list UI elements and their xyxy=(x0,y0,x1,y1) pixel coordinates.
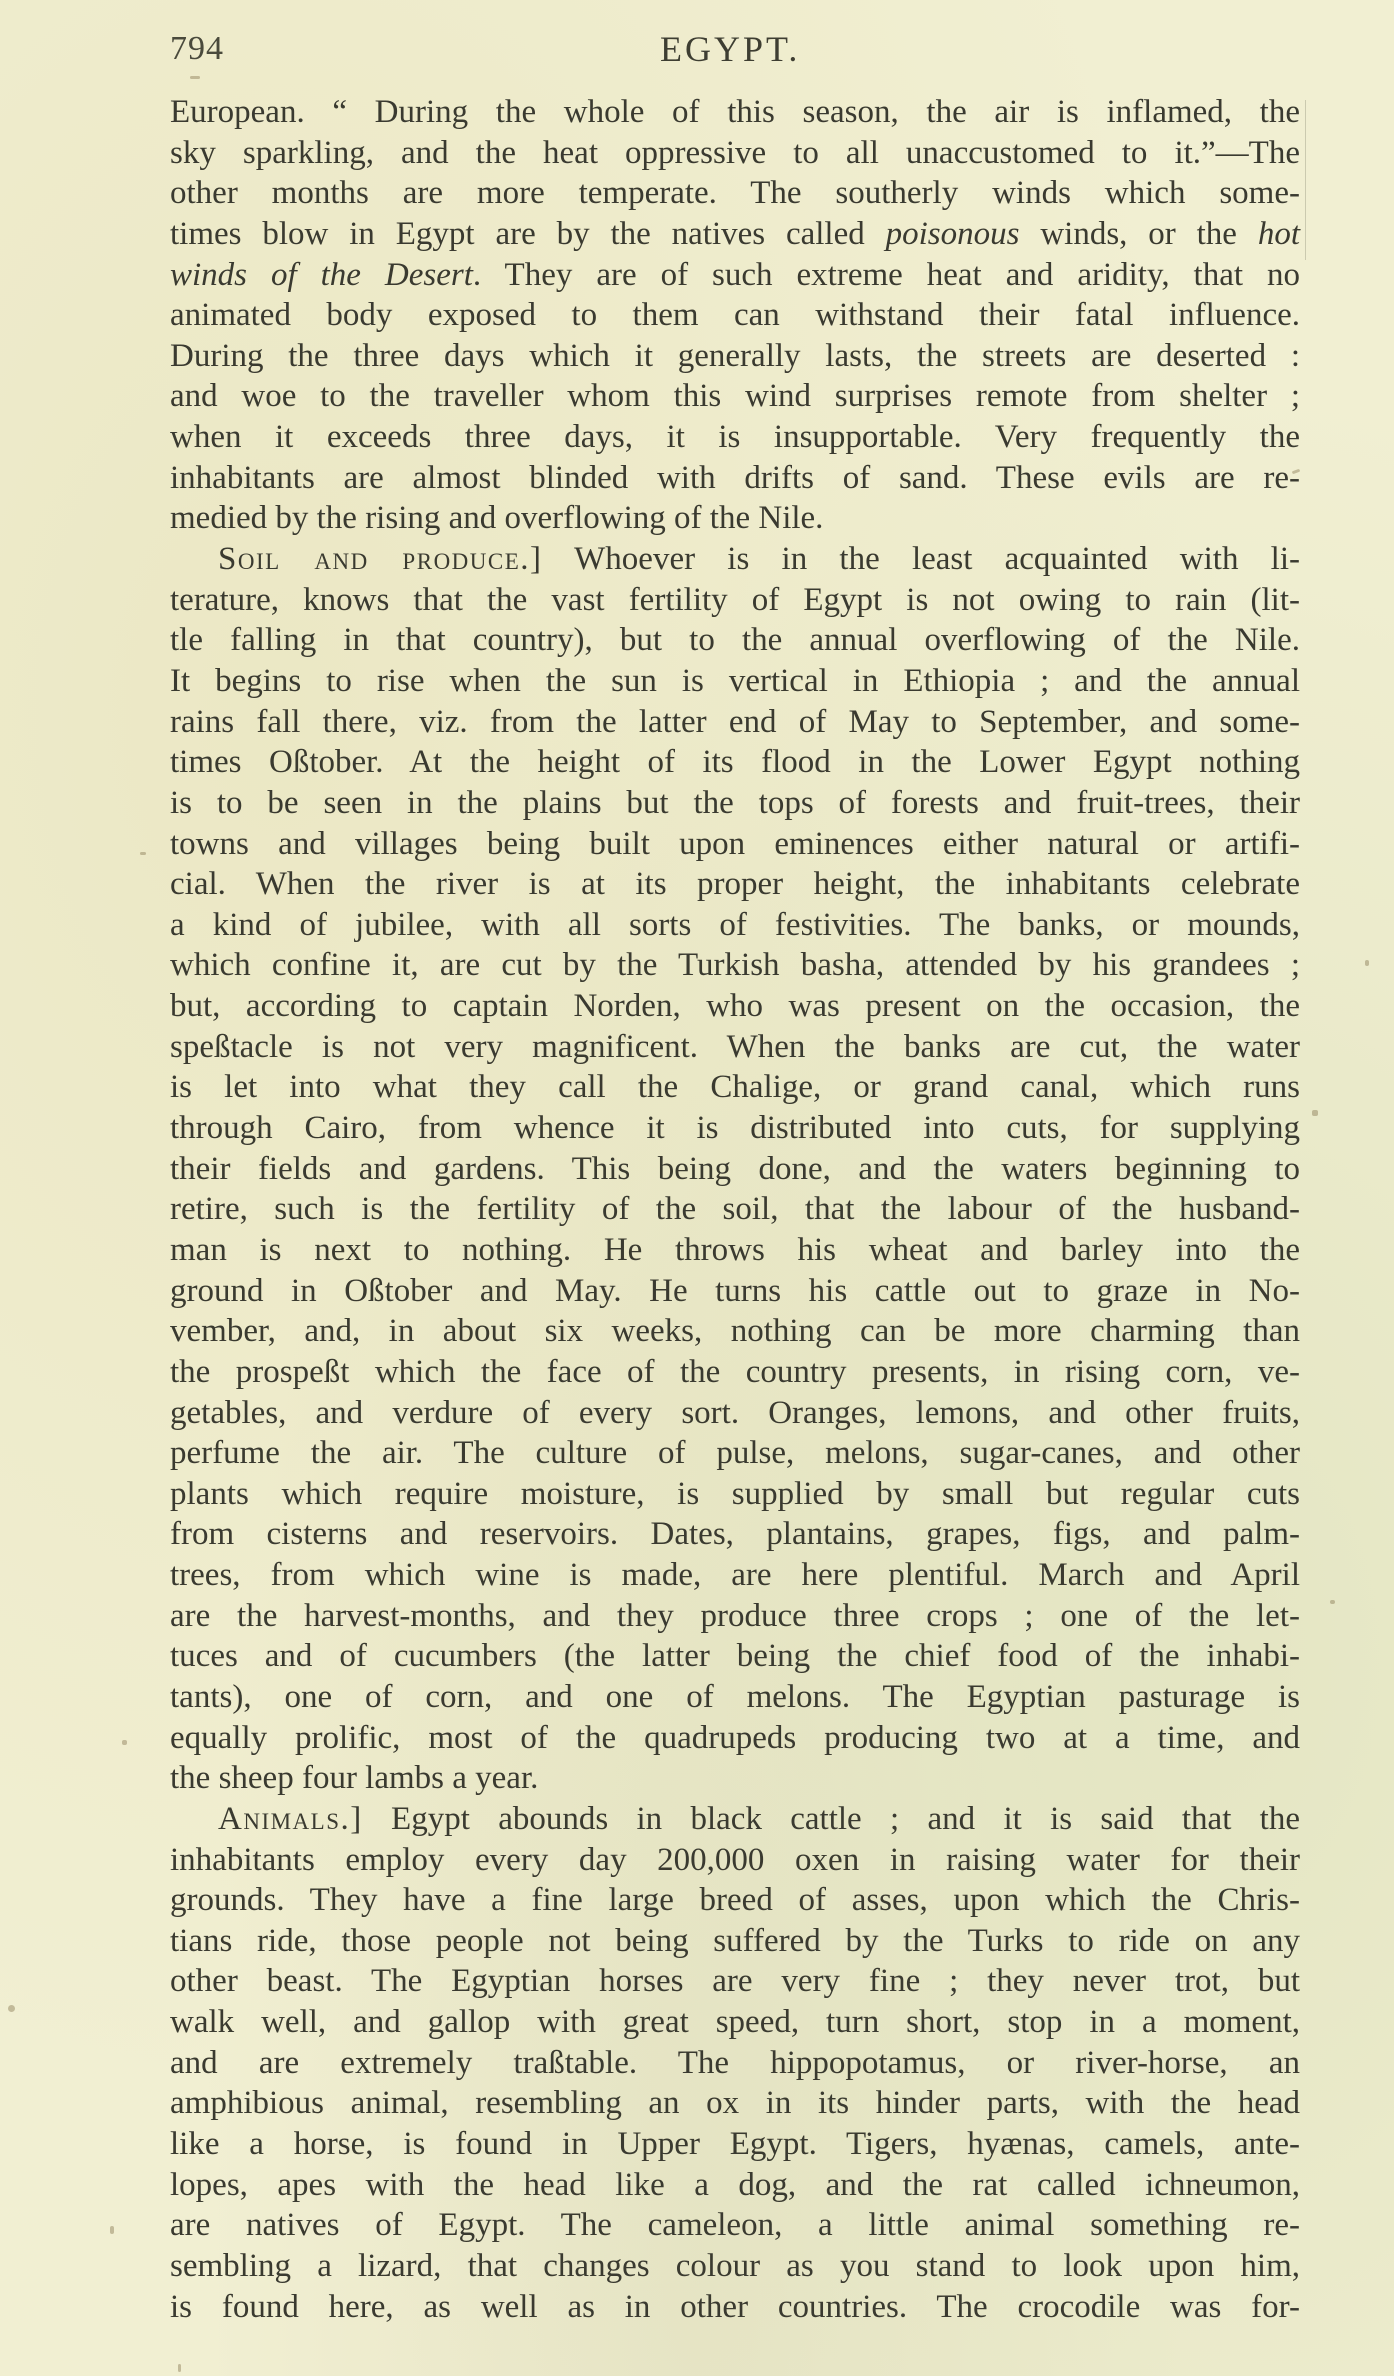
text-line: inhabitants employ every day 200,000 oxe… xyxy=(170,1840,1300,1881)
paper-speck xyxy=(1330,1600,1335,1604)
line-text: lopes, apes with the head like a dog, an… xyxy=(170,2167,1300,2203)
line-text: is found here, as well as in other count… xyxy=(170,2289,1300,2325)
text-line: their fields and gardens. This being don… xyxy=(170,1149,1300,1190)
line-text: getables, and verdure of every sort. Ora… xyxy=(170,1395,1300,1431)
line-text: are the harvest-months, and they produce… xyxy=(170,1598,1300,1634)
text-line: plants which require moisture, is suppli… xyxy=(170,1474,1300,1515)
section-heading-line: Animals.] Egypt abounds in black cattle … xyxy=(170,1799,1300,1840)
line-text: Whoever is in the least acquainted with … xyxy=(543,541,1300,577)
text-line: towns and villages being built upon emin… xyxy=(170,824,1300,865)
line-text: European. “ During the whole of this sea… xyxy=(170,94,1300,130)
page-number: 794 xyxy=(170,30,224,68)
line-text: and woe to the traveller whom this wind … xyxy=(170,378,1300,414)
line-text: trees, from which wine is made, are here… xyxy=(170,1557,1300,1593)
line-text: Egypt abounds in black cattle ; and it i… xyxy=(363,1801,1300,1837)
text-line: is found here, as well as in other count… xyxy=(170,2287,1300,2328)
line-text: . They are of such extreme heat and arid… xyxy=(473,257,1300,293)
text-line: times Oßtober. At the height of its floo… xyxy=(170,742,1300,783)
line-text: During the three days which it generally… xyxy=(170,338,1300,374)
text-line: when it exceeds three days, it is insupp… xyxy=(170,417,1300,458)
line-text: is let into what they call the Chalige, … xyxy=(170,1069,1300,1105)
text-line: tians ride, those people not being suffe… xyxy=(170,1921,1300,1962)
line-text: towns and villages being built upon emin… xyxy=(170,826,1300,862)
body-text: European. “ During the whole of this sea… xyxy=(170,92,1300,2327)
text-line: vember, and, in about six weeks, nothing… xyxy=(170,1311,1300,1352)
paper-speck xyxy=(110,2226,114,2234)
line-text: is to be seen in the plains but the tops… xyxy=(170,785,1300,821)
line-text: tle falling in that country), but to the… xyxy=(170,622,1300,658)
text-line: speßtacle is not very magnificent. When … xyxy=(170,1027,1300,1068)
italic-text: poisonous xyxy=(886,216,1020,252)
line-text: tians ride, those people not being suffe… xyxy=(170,1923,1300,1959)
line-text: ground in Oßtober and May. He turns his … xyxy=(170,1273,1300,1309)
line-text: retire, such is the fertility of the soi… xyxy=(170,1191,1300,1227)
line-text: speßtacle is not very magnificent. When … xyxy=(170,1029,1300,1065)
line-text: the sheep four lambs a year. xyxy=(170,1760,538,1796)
line-text: the prospeßt which the face of the count… xyxy=(170,1354,1300,1390)
text-line: other beast. The Egyptian horses are ver… xyxy=(170,1961,1300,2002)
text-line: medied by the rising and overflowing of … xyxy=(170,498,1300,539)
italic-text: winds of the Desert xyxy=(170,257,473,293)
line-text: which confine it, are cut by the Turkish… xyxy=(170,947,1300,983)
text-line: is to be seen in the plains but the tops… xyxy=(170,783,1300,824)
line-text: plants which require moisture, is suppli… xyxy=(170,1476,1300,1512)
text-line: a kind of jubilee, with all sorts of fes… xyxy=(170,905,1300,946)
line-text: like a horse, is found in Upper Egypt. T… xyxy=(170,2126,1300,2162)
text-line: retire, such is the fertility of the soi… xyxy=(170,1189,1300,1230)
text-line: perfume the air. The culture of pulse, m… xyxy=(170,1433,1300,1474)
line-text: times blow in Egypt are by the natives c… xyxy=(170,216,886,252)
line-text: It begins to rise when the sun is vertic… xyxy=(170,663,1300,699)
line-text: other months are more temperate. The sou… xyxy=(170,175,1300,211)
line-text: walk well, and gallop with great speed, … xyxy=(170,2004,1300,2040)
section-heading-line: Soil and produce.] Whoever is in the lea… xyxy=(170,539,1300,580)
line-text: inhabitants are almost blinded with drif… xyxy=(170,460,1300,496)
text-line: and are extremely traßtable. The hippopo… xyxy=(170,2043,1300,2084)
text-line: and woe to the traveller whom this wind … xyxy=(170,376,1300,417)
text-line: lopes, apes with the head like a dog, an… xyxy=(170,2165,1300,2206)
line-text: are natives of Egypt. The cameleon, a li… xyxy=(170,2207,1300,2243)
text-line: trees, from which wine is made, are here… xyxy=(170,1555,1300,1596)
italic-text: hot xyxy=(1258,216,1300,252)
text-line: is let into what they call the Chalige, … xyxy=(170,1067,1300,1108)
text-line: from cisterns and reservoirs. Dates, pla… xyxy=(170,1514,1300,1555)
text-line: are natives of Egypt. The cameleon, a li… xyxy=(170,2205,1300,2246)
text-line: During the three days which it generally… xyxy=(170,336,1300,377)
paper-speck xyxy=(1365,960,1369,966)
text-line: winds of the Desert. They are of such ex… xyxy=(170,255,1300,296)
paper-speck xyxy=(122,1740,127,1745)
line-text: cial. When the river is at its proper he… xyxy=(170,866,1300,902)
text-line: animated body exposed to them can withst… xyxy=(170,295,1300,336)
text-line: through Cairo, from whence it is distrib… xyxy=(170,1108,1300,1149)
line-text: times Oßtober. At the height of its floo… xyxy=(170,744,1300,780)
text-line: rains fall there, viz. from the latter e… xyxy=(170,702,1300,743)
text-line: ground in Oßtober and May. He turns his … xyxy=(170,1271,1300,1312)
section-heading: Animals.] xyxy=(218,1801,363,1837)
line-text: through Cairo, from whence it is distrib… xyxy=(170,1110,1300,1146)
text-line: the sheep four lambs a year. xyxy=(170,1758,1300,1799)
line-text: medied by the rising and overflowing of … xyxy=(170,500,823,536)
text-line: It begins to rise when the sun is vertic… xyxy=(170,661,1300,702)
text-line: inhabitants are almost blinded with drif… xyxy=(170,458,1300,499)
line-text: amphibious animal, resembling an ox in i… xyxy=(170,2085,1300,2121)
line-text: man is next to nothing. He throws his wh… xyxy=(170,1232,1300,1268)
text-line: but, according to captain Norden, who wa… xyxy=(170,986,1300,1027)
text-line: European. “ During the whole of this sea… xyxy=(170,92,1300,133)
text-line: sky sparkling, and the heat oppressive t… xyxy=(170,133,1300,174)
text-line: man is next to nothing. He throws his wh… xyxy=(170,1230,1300,1271)
line-text: equally prolific, most of the quadrupeds… xyxy=(170,1720,1300,1756)
text-line: sembling a lizard, that changes colour a… xyxy=(170,2246,1300,2287)
line-text: tuces and of cucumbers (the latter being… xyxy=(170,1638,1300,1674)
text-line: like a horse, is found in Upper Egypt. T… xyxy=(170,2124,1300,2165)
text-line: equally prolific, most of the quadrupeds… xyxy=(170,1718,1300,1759)
text-line: tle falling in that country), but to the… xyxy=(170,620,1300,661)
running-head: 794 EGYPT. xyxy=(170,22,1300,72)
line-text: winds, or the xyxy=(1019,216,1257,252)
text-line: are the harvest-months, and they produce… xyxy=(170,1596,1300,1637)
text-line: cial. When the river is at its proper he… xyxy=(170,864,1300,905)
paper-speck xyxy=(8,2005,15,2012)
line-text: vember, and, in about six weeks, nothing… xyxy=(170,1313,1300,1349)
text-line: terature, knows that the vast fertility … xyxy=(170,580,1300,621)
text-line: getables, and verdure of every sort. Ora… xyxy=(170,1393,1300,1434)
line-text: a kind of jubilee, with all sorts of fes… xyxy=(170,907,1300,943)
line-text: from cisterns and reservoirs. Dates, pla… xyxy=(170,1516,1300,1552)
section-heading: Soil and produce.] xyxy=(218,541,543,577)
text-line: other months are more temperate. The sou… xyxy=(170,173,1300,214)
text-line: tuces and of cucumbers (the latter being… xyxy=(170,1636,1300,1677)
paper-speck xyxy=(190,76,200,79)
line-text: inhabitants employ every day 200,000 oxe… xyxy=(170,1842,1300,1878)
text-line: walk well, and gallop with great speed, … xyxy=(170,2002,1300,2043)
text-line: amphibious animal, resembling an ox in i… xyxy=(170,2083,1300,2124)
line-text: perfume the air. The culture of pulse, m… xyxy=(170,1435,1300,1471)
margin-rule xyxy=(1305,100,1306,260)
line-text: animated body exposed to them can withst… xyxy=(170,297,1300,333)
line-text: tants), one of corn, and one of melons. … xyxy=(170,1679,1300,1715)
line-text: sembling a lizard, that changes colour a… xyxy=(170,2248,1300,2284)
paper-speck xyxy=(178,2364,181,2372)
line-text: rains fall there, viz. from the latter e… xyxy=(170,704,1300,740)
text-line: grounds. They have a fine large breed of… xyxy=(170,1880,1300,1921)
line-text: sky sparkling, and the heat oppressive t… xyxy=(170,135,1300,171)
line-text: when it exceeds three days, it is insupp… xyxy=(170,419,1300,455)
text-line: the prospeßt which the face of the count… xyxy=(170,1352,1300,1393)
text-line: which confine it, are cut by the Turkish… xyxy=(170,945,1300,986)
text-line: tants), one of corn, and one of melons. … xyxy=(170,1677,1300,1718)
running-title: EGYPT. xyxy=(660,28,800,70)
line-text: their fields and gardens. This being don… xyxy=(170,1151,1300,1187)
line-text: but, according to captain Norden, who wa… xyxy=(170,988,1300,1024)
line-text: terature, knows that the vast fertility … xyxy=(170,582,1300,618)
line-text: other beast. The Egyptian horses are ver… xyxy=(170,1963,1300,1999)
line-text: grounds. They have a fine large breed of… xyxy=(170,1882,1300,1918)
paper-speck xyxy=(140,852,146,855)
line-text: and are extremely traßtable. The hippopo… xyxy=(170,2045,1300,2081)
paper-speck xyxy=(1312,1110,1318,1116)
text-line: times blow in Egypt are by the natives c… xyxy=(170,214,1300,255)
